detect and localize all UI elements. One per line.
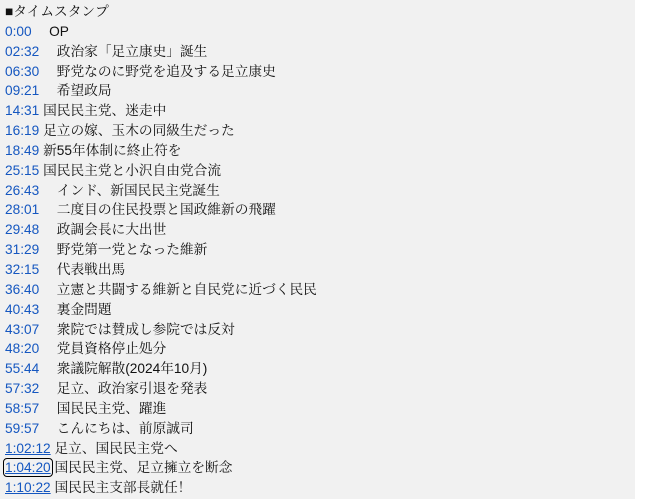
separator (39, 421, 57, 436)
separator (39, 381, 57, 396)
timestamp-link[interactable]: 59:57 (5, 421, 39, 436)
timestamp-link[interactable]: 43:07 (5, 322, 39, 337)
timestamp-row: 28:01 二度目の住民投票と国政維新の飛躍 (5, 200, 635, 220)
chapter-title: 政調会長に大出世 (57, 222, 167, 237)
separator (39, 242, 57, 257)
timestamp-row: 14:31 国民民主党、迷走中 (5, 101, 635, 121)
chapter-title: 裏金問題 (57, 302, 112, 317)
timestamp-row: 57:32 足立、政治家引退を発表 (5, 379, 635, 399)
timestamp-link[interactable]: 40:43 (5, 302, 39, 317)
timestamp-row: 16:19 足立の嫁、玉木の同級生だった (5, 121, 635, 141)
timestamp-link[interactable]: 1:10:22 (5, 480, 51, 495)
chapter-title: 希望政局 (57, 83, 112, 98)
timestamp-row: 58:57 国民民主党、躍進 (5, 399, 635, 419)
chapter-title: 衆院では賛成し参院では反対 (57, 322, 235, 337)
timestamp-link[interactable]: 06:30 (5, 64, 39, 79)
separator (39, 282, 57, 297)
timestamp-section-header: ■タイムスタンプ (5, 2, 635, 22)
separator (39, 361, 57, 376)
page-background: { "panel": { "header": "■タイムスタンプ", "colo… (0, 0, 650, 499)
timestamp-link[interactable]: 29:48 (5, 222, 39, 237)
timestamp-link[interactable]: 32:15 (5, 262, 39, 277)
timestamp-row: 29:48 政調会長に大出世 (5, 220, 635, 240)
chapter-title: 野党第一党となった維新 (57, 242, 208, 257)
chapter-title: 立憲と共闘する維新と自民党に近づく民民 (57, 282, 317, 297)
separator (39, 202, 57, 217)
chapter-title: 政治家「足立康史」誕生 (57, 44, 208, 59)
chapter-title: 足立、政治家引退を発表 (57, 381, 208, 396)
timestamp-row: 55:44 衆議院解散(2024年10月) (5, 359, 635, 379)
chapter-title: 国民民主党、足立擁立を断念 (54, 460, 232, 475)
timestamp-link[interactable]: 28:01 (5, 202, 39, 217)
timestamp-link[interactable]: 31:29 (5, 242, 39, 257)
timestamp-row: 0:00 OP (5, 22, 635, 42)
timestamp-link[interactable]: 1:02:12 (5, 441, 51, 456)
timestamp-row: 1:02:12 足立、国民民主党へ (5, 439, 635, 459)
separator (39, 341, 57, 356)
timestamp-link[interactable]: 1:04:20 (5, 460, 51, 475)
separator (39, 83, 57, 98)
timestamp-row: 36:40 立憲と共闘する維新と自民党に近づく民民 (5, 280, 635, 300)
chapter-title: 野党なのに野党を追及する足立康史 (57, 64, 276, 79)
separator (39, 401, 57, 416)
timestamp-link[interactable]: 25:15 (5, 163, 39, 178)
timestamp-link[interactable]: 55:44 (5, 361, 39, 376)
timestamp-link[interactable]: 16:19 (5, 123, 39, 138)
chapter-title: 足立の嫁、玉木の同級生だった (43, 123, 235, 138)
timestamp-row: 43:07 衆院では賛成し参院では反対 (5, 320, 635, 340)
chapter-title: 党員資格停止処分 (57, 341, 167, 356)
timestamp-row: 31:29 野党第一党となった維新 (5, 240, 635, 260)
separator (39, 64, 57, 79)
timestamp-row: 1:10:22 国民民主支部長就任！ (5, 478, 635, 498)
timestamp-row: 09:21 希望政局 (5, 81, 635, 101)
separator (39, 322, 57, 337)
separator (39, 222, 57, 237)
timestamp-link[interactable]: 09:21 (5, 83, 39, 98)
timestamp-row: 02:32 政治家「足立康史」誕生 (5, 42, 635, 62)
timestamp-link[interactable]: 0:00 (5, 24, 32, 39)
chapter-title: 国民民主支部長就任！ (54, 480, 191, 495)
timestamp-link[interactable]: 48:20 (5, 341, 39, 356)
timestamp-link[interactable]: 36:40 (5, 282, 39, 297)
chapter-title: こんにちは、前原誠司 (57, 421, 194, 436)
chapter-title: 国民民主党と小沢自由党合流 (43, 163, 221, 178)
timestamp-link[interactable]: 58:57 (5, 401, 39, 416)
chapter-title: 代表戦出馬 (57, 262, 125, 277)
timestamp-row: 32:15 代表戦出馬 (5, 260, 635, 280)
timestamp-row: 06:30 野党なのに野党を追及する足立康史 (5, 62, 635, 82)
timestamp-row: 18:49 新55年体制に終止符を (5, 141, 635, 161)
chapter-title: 二度目の住民投票と国政維新の飛躍 (57, 202, 276, 217)
timestamp-row: 25:15 国民民主党と小沢自由党合流 (5, 161, 635, 181)
separator (39, 183, 57, 198)
chapter-title: 衆議院解散(2024年10月) (57, 361, 208, 376)
chapter-title: 国民民主党、躍進 (57, 401, 167, 416)
timestamp-link[interactable]: 18:49 (5, 143, 39, 158)
timestamp-list: 0:00 OP02:32 政治家「足立康史」誕生06:30 野党なのに野党を追及… (5, 22, 635, 498)
timestamp-row: 59:57 こんにちは、前原誠司 (5, 419, 635, 439)
separator (39, 302, 57, 317)
separator (39, 262, 57, 277)
chapter-title: OP (49, 24, 69, 39)
timestamp-row: 40:43 裏金問題 (5, 300, 635, 320)
chapter-title: 足立、国民民主党へ (54, 441, 177, 456)
timestamp-link[interactable]: 26:43 (5, 183, 39, 198)
separator (32, 24, 50, 39)
chapter-title: 新55年体制に終止符を (43, 143, 181, 158)
separator (39, 44, 57, 59)
chapter-title: 国民民主党、迷走中 (43, 103, 166, 118)
timestamp-panel: ■タイムスタンプ 0:00 OP02:32 政治家「足立康史」誕生06:30 野… (0, 0, 635, 499)
timestamp-row: 26:43 インド、新国民民主党誕生 (5, 181, 635, 201)
timestamp-link[interactable]: 14:31 (5, 103, 39, 118)
chapter-title: インド、新国民民主党誕生 (57, 183, 220, 198)
timestamp-row: 1:04:20 国民民主党、足立擁立を断念 (5, 458, 635, 478)
timestamp-link[interactable]: 57:32 (5, 381, 39, 396)
timestamp-link[interactable]: 02:32 (5, 44, 39, 59)
timestamp-row: 48:20 党員資格停止処分 (5, 339, 635, 359)
